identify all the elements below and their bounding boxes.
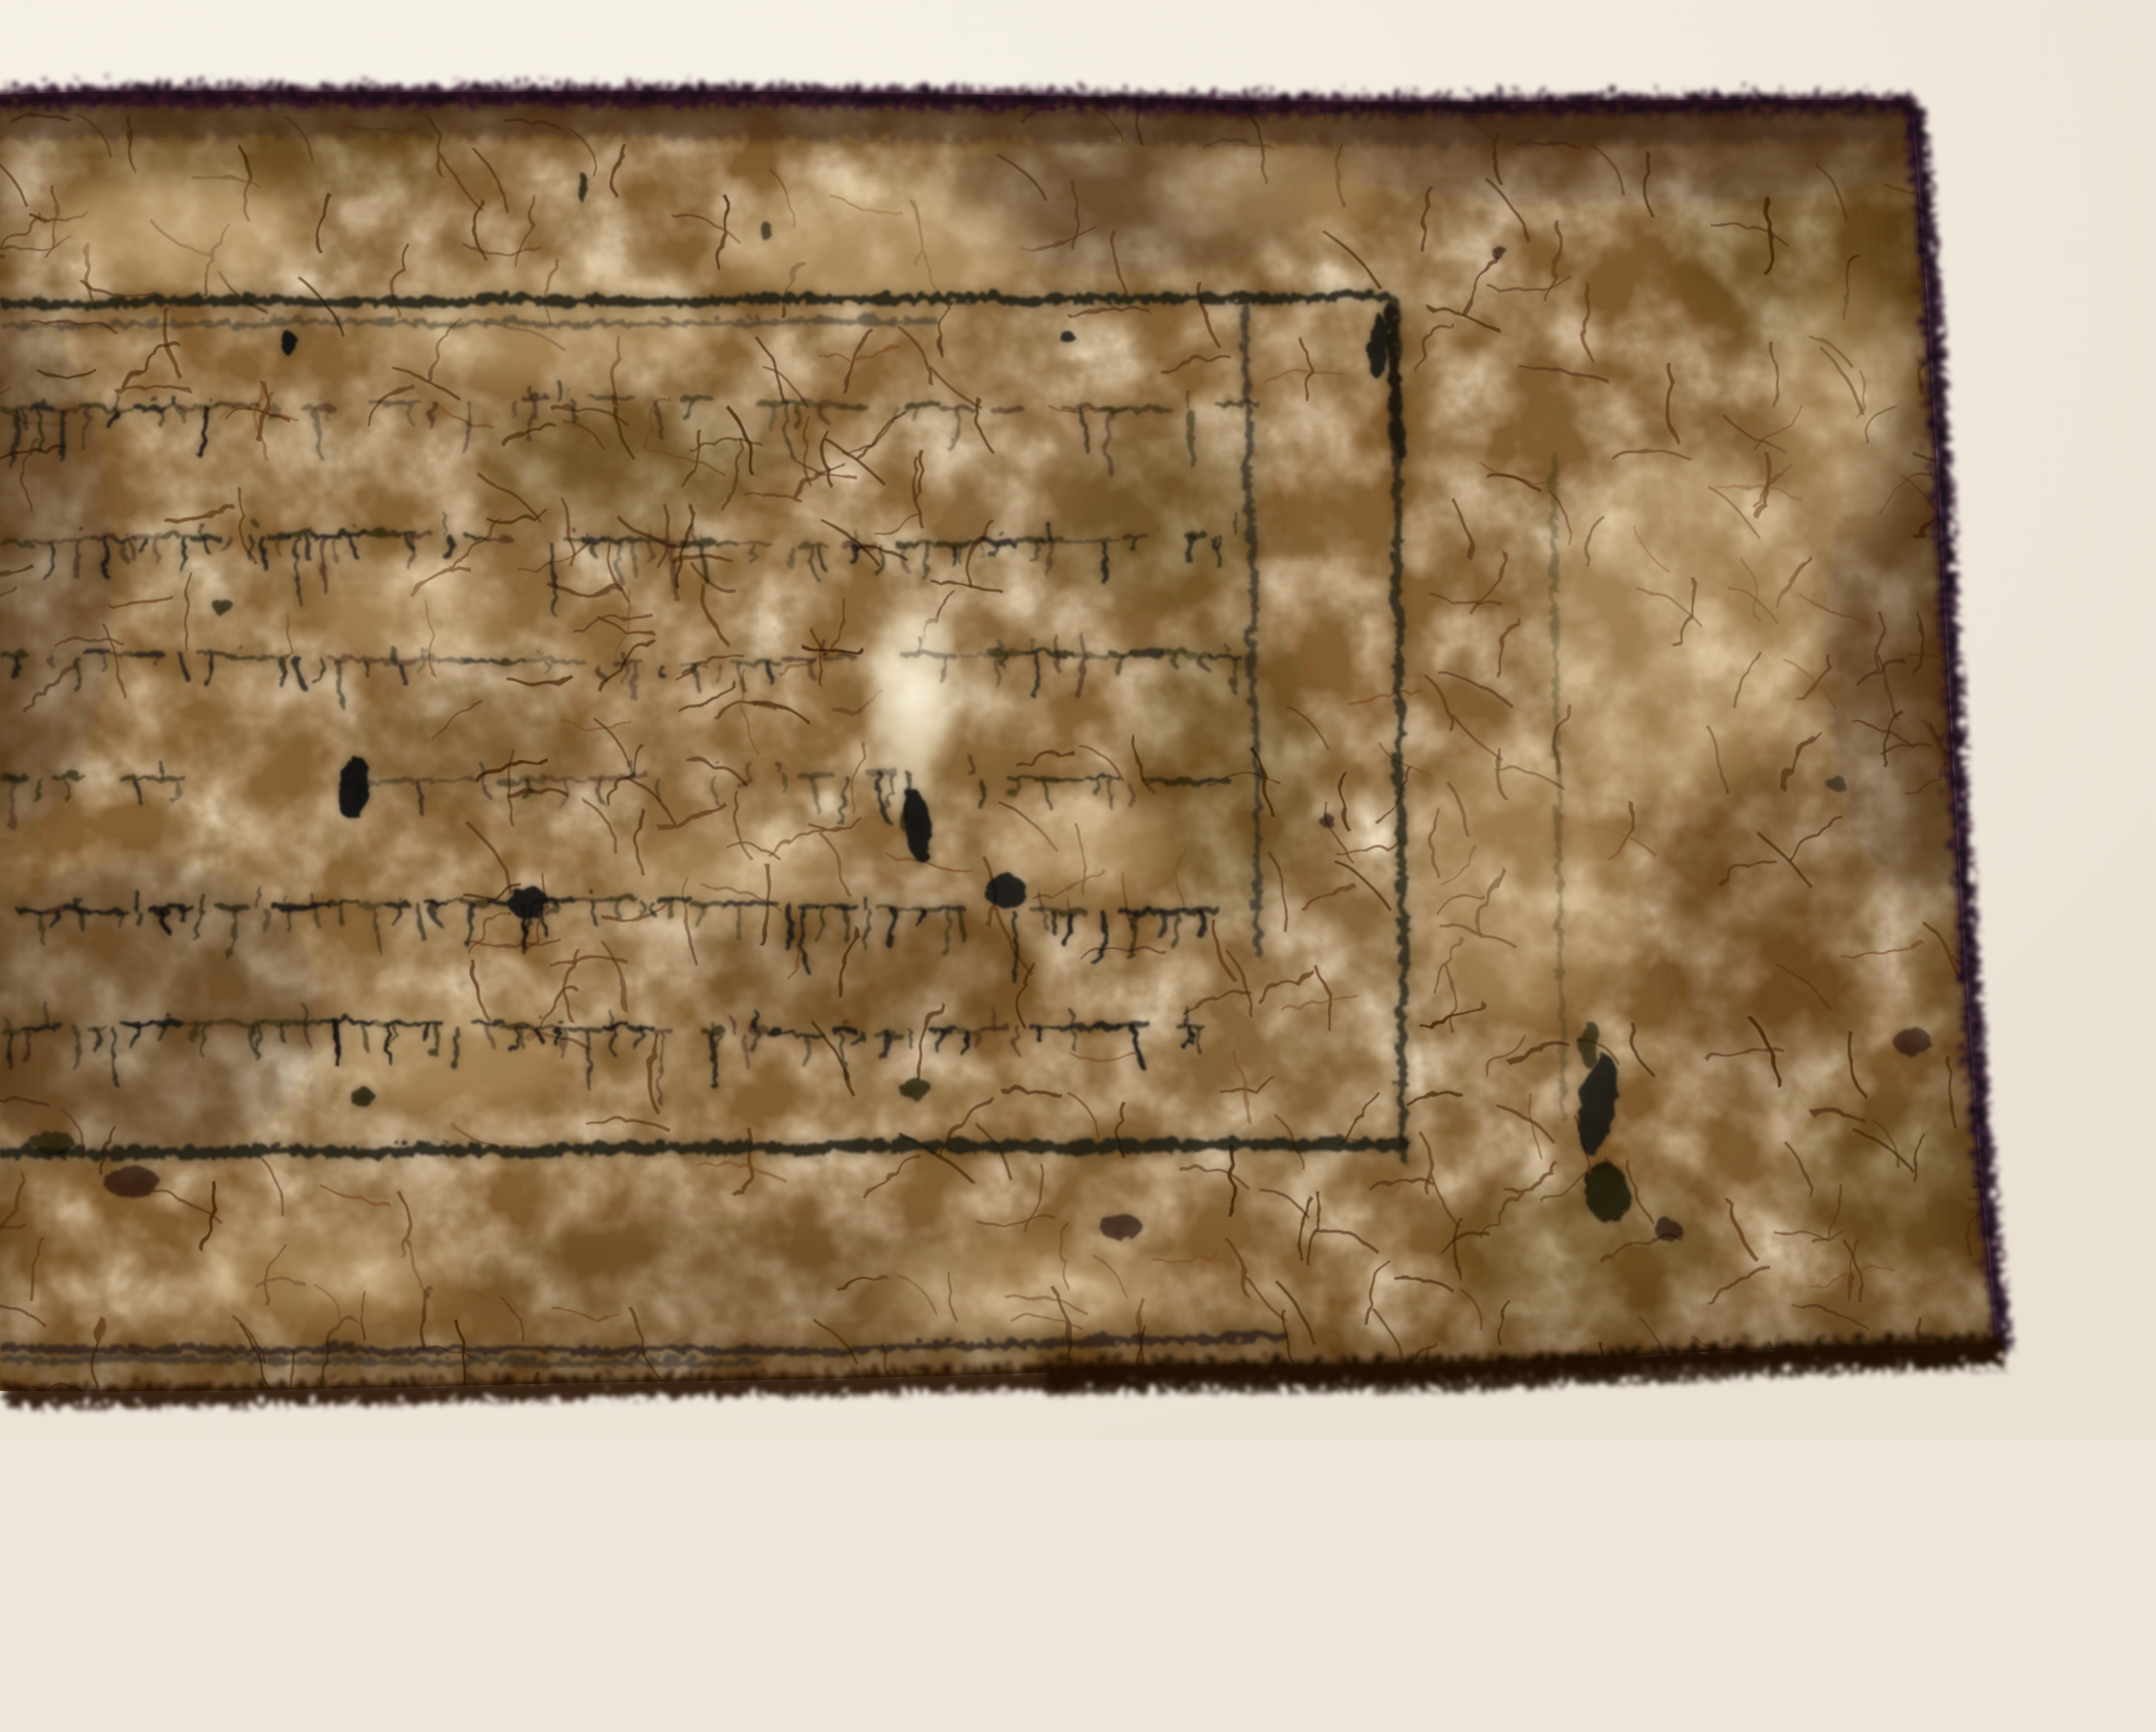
- ink-smudge: [1057, 329, 1072, 340]
- ink-smudge: [28, 1129, 72, 1151]
- ink-smudge: [1824, 775, 1844, 789]
- ink-smudge: [506, 885, 545, 916]
- backlight-thin-spot: [899, 609, 957, 674]
- ink-smudge: [1489, 245, 1506, 257]
- manuscript-photo: [0, 0, 2156, 1440]
- dark-shade-cloud: [1132, 620, 1319, 921]
- ink-smudge: [278, 331, 295, 352]
- light-worn-patch: [1007, 800, 1179, 893]
- light-worn-patch: [1416, 735, 1631, 1022]
- ink-smudge: [1316, 811, 1332, 824]
- ink-smudge: [100, 1165, 158, 1193]
- light-worn-patch: [1165, 136, 1380, 237]
- ink-smudge: [760, 220, 769, 240]
- light-worn-patch: [878, 1240, 1165, 1341]
- dark-shade-cloud: [1057, 427, 1272, 613]
- light-worn-patch: [1541, 455, 1814, 800]
- ink-smudge: [1891, 1025, 1928, 1053]
- ink-smudge: [1652, 1218, 1679, 1238]
- light-worn-patch: [197, 1226, 448, 1319]
- dark-shade-cloud: [341, 674, 592, 817]
- dark-shade-cloud: [1667, 753, 1882, 1111]
- ink-smudge: [211, 596, 232, 614]
- dark-shade-cloud: [1441, 1176, 1727, 1334]
- dark-shade-cloud: [476, 395, 777, 524]
- light-worn-patch: [319, 567, 505, 667]
- top-edge-shadow: [0, 117, 1907, 126]
- ink-smudge: [349, 1087, 374, 1105]
- photo-canvas: [0, 0, 2156, 1440]
- ink-smudge: [897, 1076, 929, 1098]
- ink-smudge: [1097, 1212, 1140, 1237]
- ink-smudge: [982, 872, 1023, 905]
- manuscript-leaf: [0, 0, 2156, 1440]
- light-worn-patch: [57, 172, 301, 287]
